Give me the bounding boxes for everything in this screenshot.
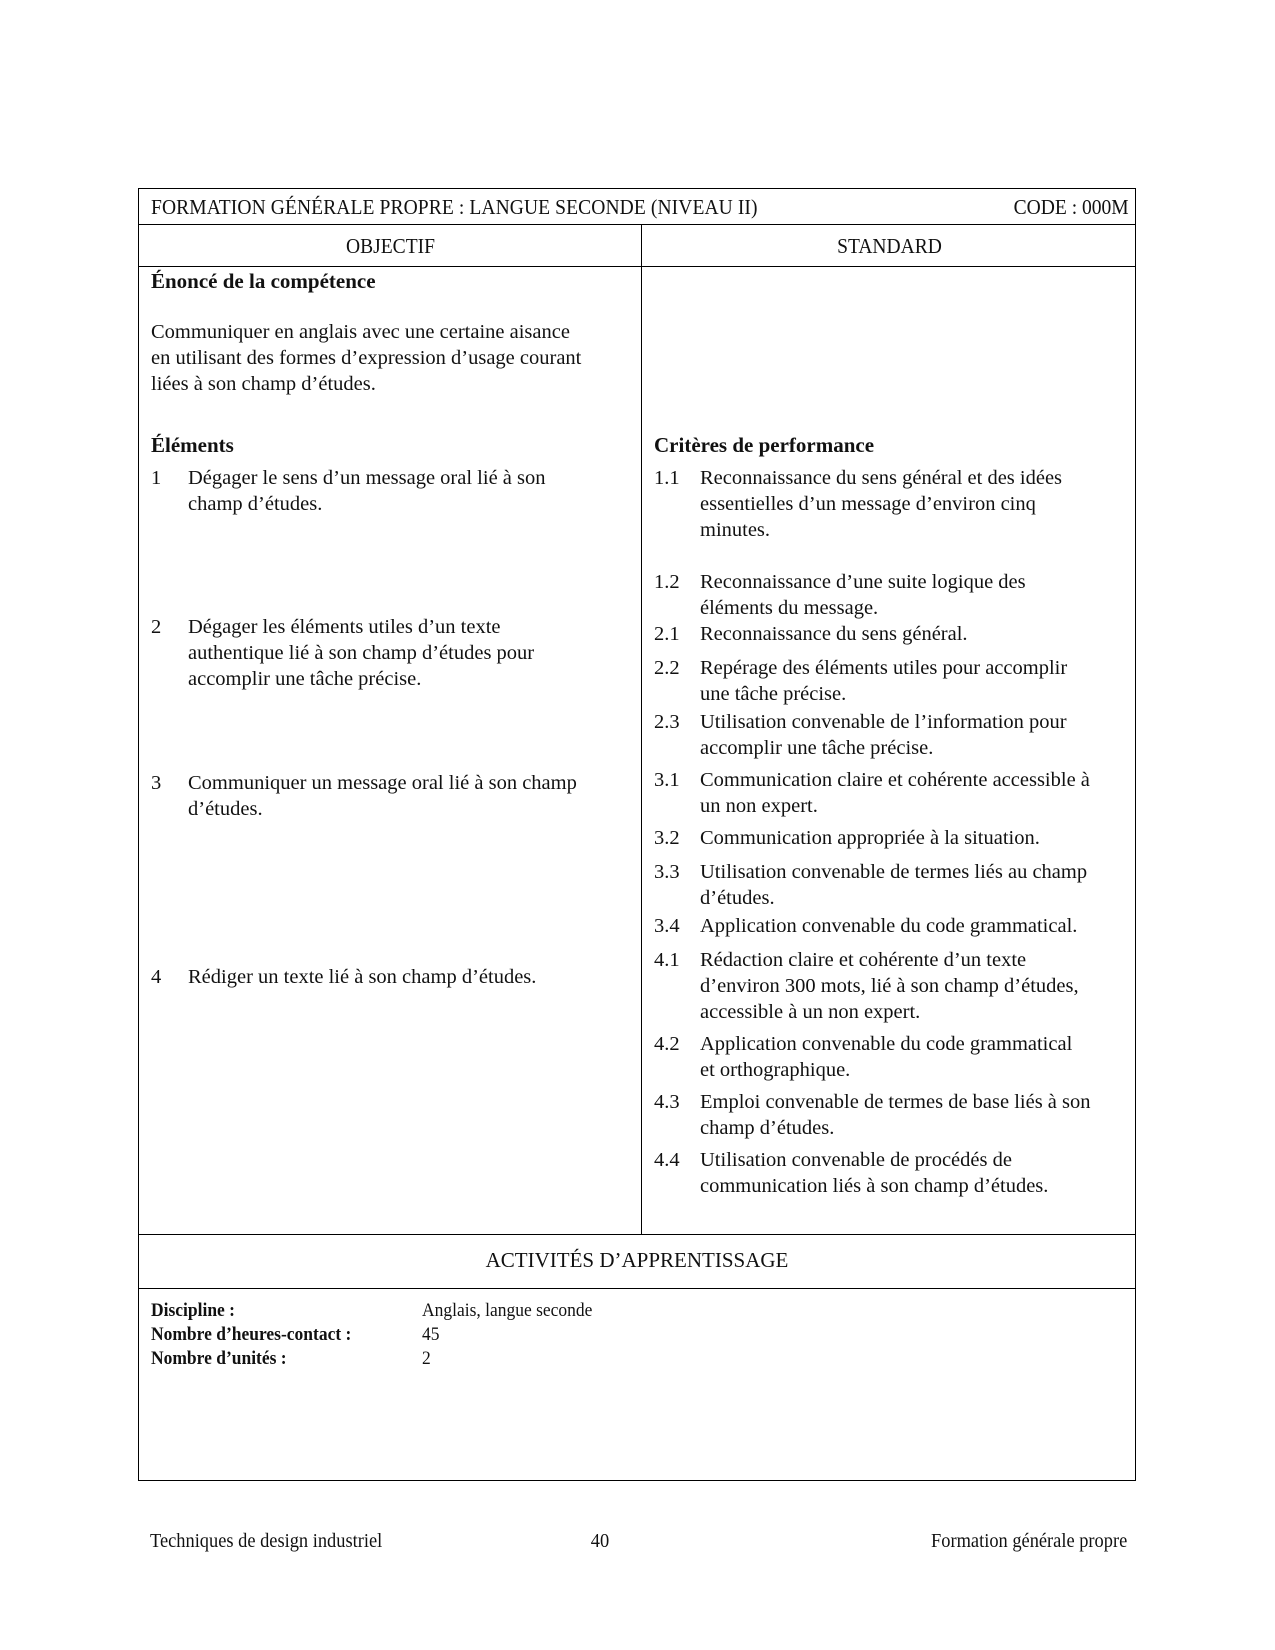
criterion-number: 2.2 bbox=[654, 655, 680, 681]
element-text: Dégager le sens d’un message oral lié à … bbox=[188, 465, 628, 491]
criterion-text: une tâche précise. bbox=[700, 681, 1140, 707]
element-number: 2 bbox=[151, 614, 161, 640]
criterion-text: un non expert. bbox=[700, 793, 1140, 819]
criterion-text: Utilisation convenable de termes liés au… bbox=[700, 859, 1140, 885]
criterion-text: Utilisation convenable de procédés de bbox=[700, 1147, 1140, 1173]
column-divider bbox=[641, 225, 642, 267]
activities-header: ACTIVITÉS D’APPRENTISSAGE bbox=[139, 1234, 1135, 1289]
footer-right: Formation générale propre bbox=[931, 1530, 1127, 1553]
element-number: 4 bbox=[151, 964, 161, 990]
column-headers: OBJECTIF STANDARD bbox=[139, 225, 1135, 267]
activities-heading: ACTIVITÉS D’APPRENTISSAGE bbox=[139, 1248, 1135, 1273]
statement-line: en utilisant des formes d’expression d’u… bbox=[151, 345, 621, 371]
criterion-text: d’études. bbox=[700, 885, 1140, 911]
competency-statement: Communiquer en anglais avec une certaine… bbox=[151, 319, 621, 397]
element-text: Dégager les éléments utiles d’un texte bbox=[188, 614, 628, 640]
element-text: d’études. bbox=[188, 796, 628, 822]
criterion-text: Repérage des éléments utiles pour accomp… bbox=[700, 655, 1140, 681]
criterion-text: essentielles d’un message d’environ cinq bbox=[700, 491, 1140, 517]
criterion-number: 4.1 bbox=[654, 947, 680, 973]
statement-heading: Énoncé de la compétence bbox=[151, 269, 376, 294]
competency-table: FORMATION GÉNÉRALE PROPRE : LANGUE SECON… bbox=[138, 188, 1136, 1481]
criterion-text: Communication claire et cohérente access… bbox=[700, 767, 1140, 793]
element-text: Rédiger un texte lié à son champ d’étude… bbox=[188, 964, 628, 990]
criterion-text: Reconnaissance d’une suite logique des bbox=[700, 569, 1140, 595]
criterion-text: Application convenable du code grammatic… bbox=[700, 1031, 1140, 1057]
element-text: Communiquer un message oral lié à son ch… bbox=[188, 770, 628, 796]
criterion-text: minutes. bbox=[700, 517, 1140, 543]
criterion-number: 3.2 bbox=[654, 825, 680, 851]
column-divider bbox=[641, 267, 642, 1234]
document-title: FORMATION GÉNÉRALE PROPRE : LANGUE SECON… bbox=[151, 195, 758, 220]
info-value: 2 bbox=[422, 1347, 431, 1371]
criterion-text: Utilisation convenable de l’information … bbox=[700, 709, 1140, 735]
page-number: 40 bbox=[591, 1530, 609, 1553]
criterion-text: communication liés à son champ d’études. bbox=[700, 1173, 1140, 1199]
statement-line: Communiquer en anglais avec une certaine… bbox=[151, 319, 621, 345]
criterion-text: champ d’études. bbox=[700, 1115, 1140, 1141]
info-value: Anglais, langue seconde bbox=[422, 1299, 592, 1323]
criterion-text: Reconnaissance du sens général et des id… bbox=[700, 465, 1140, 491]
statement-line: liées à son champ d’études. bbox=[151, 371, 621, 397]
criterion-text: accessible à un non expert. bbox=[700, 999, 1140, 1025]
criterion-text: éléments du message. bbox=[700, 595, 1140, 621]
criterion-text: accomplir une tâche précise. bbox=[700, 735, 1140, 761]
table-header: FORMATION GÉNÉRALE PROPRE : LANGUE SECON… bbox=[139, 189, 1135, 225]
criterion-number: 1.1 bbox=[654, 465, 680, 491]
criterion-number: 4.3 bbox=[654, 1089, 680, 1115]
criterion-number: 3.3 bbox=[654, 859, 680, 885]
element-text: accomplir une tâche précise. bbox=[188, 666, 628, 692]
criterion-number: 3.4 bbox=[654, 913, 680, 939]
info-label: Nombre d’unités : bbox=[151, 1347, 287, 1371]
criterion-number: 2.3 bbox=[654, 709, 680, 735]
criterion-text: Reconnaissance du sens général. bbox=[700, 621, 1140, 647]
footer-left: Techniques de design industriel bbox=[150, 1530, 382, 1553]
criterion-text: Rédaction claire et cohérente d’un texte bbox=[700, 947, 1140, 973]
info-label: Nombre d’heures-contact : bbox=[151, 1323, 351, 1347]
criterion-text: d’environ 300 mots, lié à son champ d’ét… bbox=[700, 973, 1140, 999]
criterion-number: 4.4 bbox=[654, 1147, 680, 1173]
criterion-text: Emploi convenable de termes de base liés… bbox=[700, 1089, 1140, 1115]
info-value: 45 bbox=[422, 1323, 439, 1347]
criteria-heading: Critères de performance bbox=[654, 433, 874, 458]
info-label: Discipline : bbox=[151, 1299, 235, 1323]
standard-column-header: STANDARD bbox=[659, 234, 1119, 259]
element-text: champ d’études. bbox=[188, 491, 628, 517]
course-code: CODE : 000M bbox=[1014, 195, 1129, 220]
elements-heading: Éléments bbox=[151, 433, 234, 458]
criterion-number: 2.1 bbox=[654, 621, 680, 647]
objectif-column-header: OBJECTIF bbox=[157, 234, 625, 259]
element-number: 1 bbox=[151, 465, 161, 491]
element-text: authentique lié à son champ d’études pou… bbox=[188, 640, 628, 666]
criterion-text: Communication appropriée à la situation. bbox=[700, 825, 1140, 851]
criterion-text: Application convenable du code grammatic… bbox=[700, 913, 1140, 939]
criterion-number: 3.1 bbox=[654, 767, 680, 793]
element-number: 3 bbox=[151, 770, 161, 796]
criterion-number: 4.2 bbox=[654, 1031, 680, 1057]
criterion-text: et orthographique. bbox=[700, 1057, 1140, 1083]
criterion-number: 1.2 bbox=[654, 569, 680, 595]
